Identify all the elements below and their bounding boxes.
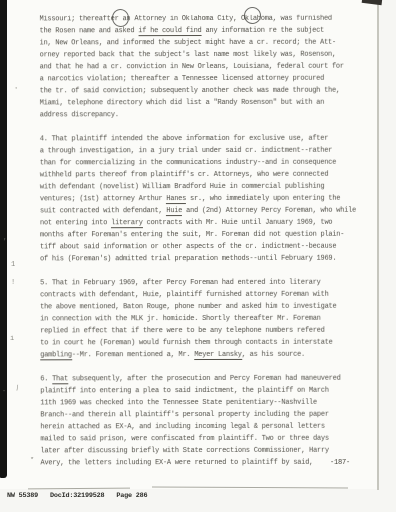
text-line: Avery, the letters including EX-A were r… <box>40 457 374 470</box>
paragraph: Missouri; thereafter an Attorney in Okla… <box>40 13 374 122</box>
text-line: to in court he (Foreman) would furnish t… <box>40 337 374 350</box>
text-line: plaintiff into entering a plea to said i… <box>40 385 374 398</box>
paragraph: 4. That plaintiff intended the above inf… <box>40 133 374 266</box>
text-line: than for commercializing in the communic… <box>40 157 374 170</box>
text-line: later after discussing briefly with Stat… <box>40 445 374 458</box>
text-line: of his (Foreman's) admitted trial prepar… <box>40 253 374 266</box>
scanned-document: Missouri; thereafter an Attorney in Okla… <box>0 0 396 512</box>
text-line: 5. That in February 1969, after Percy Fo… <box>40 277 374 290</box>
text-line: 4. That plaintiff intended the above inf… <box>40 133 374 146</box>
text-line: 6. That subsequently, after the prosecut… <box>40 373 374 386</box>
page-bottom-edge <box>28 488 130 490</box>
paragraph: 6. That subsequently, after the prosecut… <box>40 373 374 470</box>
text-line: withheld parts thereof from plaintiff's … <box>40 169 374 182</box>
text-line: contracts with defendant, Huie, plaintif… <box>40 289 374 302</box>
text-line: mailed to said prison, were confiscated … <box>40 433 374 446</box>
text-line: the above mentioned, Baton Rouge, phone … <box>40 301 374 314</box>
text-line: the Rosen name and asked if he could fin… <box>40 25 374 38</box>
text-line: Missouri; thereafter an Attorney in Okla… <box>40 13 374 26</box>
text-line: a through investigation, in a jury trial… <box>40 145 374 158</box>
footer-page-number: Page 286 <box>116 492 147 500</box>
text-line: tiff about said information or other asp… <box>40 241 374 254</box>
text-line: Miami, telephone directory which did lis… <box>40 97 374 110</box>
text-line: Branch--and therein all plaintiff's pers… <box>40 409 374 422</box>
text-line: orney reported back that the subject's l… <box>40 49 374 62</box>
footer-nw-number: NW 55389 <box>7 492 38 500</box>
document-text: Missouri; thereafter an Attorney in Okla… <box>40 13 375 482</box>
text-line: ventures; (1st) attorney Arthur Hanes sr… <box>40 193 374 206</box>
text-line: not entering into literary contracts wit… <box>40 217 374 230</box>
text-line: and that he had a cr. conviction in New … <box>40 61 374 74</box>
text-line: the tr. of said conviction; subsequently… <box>40 85 374 98</box>
page-edge-line <box>377 0 379 490</box>
text-line: address discrepancy. <box>40 109 374 122</box>
footer-docid: DocId:32199528 <box>50 492 104 500</box>
text-line: months after Foreman's entering the suit… <box>40 229 374 242</box>
text-line: a narcotics violation; thereafter a Tenn… <box>40 73 374 86</box>
text-line: suit contracted with defendant, Huie and… <box>40 205 374 218</box>
text-line: with defendant (novelist) William Bradfo… <box>40 181 374 194</box>
text-line: gambling--Mr. Foreman mentioned a, Mr. M… <box>40 349 374 362</box>
archive-footer: NW 55389DocId:32199528Page 286 <box>7 492 159 500</box>
text-line: 11th 1969 was checked into the Tennessee… <box>40 397 374 410</box>
text-line: replied in effect that if there were to … <box>40 325 374 338</box>
page-number: -187- <box>330 457 350 469</box>
scan-edge-band <box>0 0 7 478</box>
paragraph: 5. That in February 1969, after Percy Fo… <box>40 277 374 362</box>
text-line: herein attached as EX-A, and including i… <box>40 421 374 434</box>
text-line: in, New Orleans, and informed the subjec… <box>40 37 374 50</box>
text-line: in connection with the MLK jr. homicide.… <box>40 313 374 326</box>
